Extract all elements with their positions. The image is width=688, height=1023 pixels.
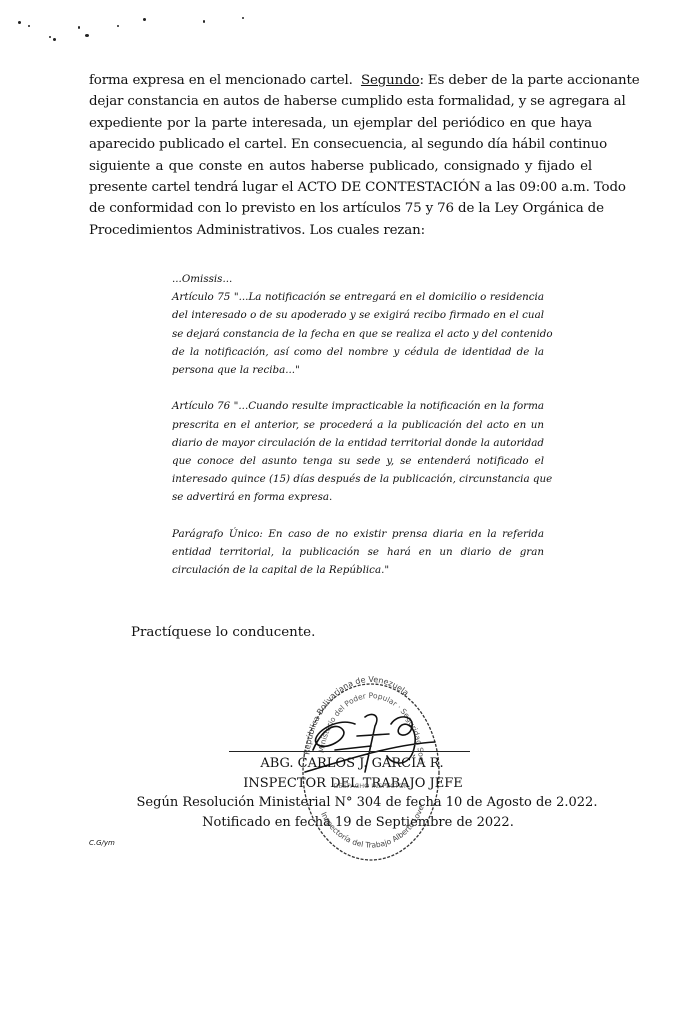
article-76-line: diario de mayor circulación de la entida… — [172, 434, 544, 452]
body-text: forma expresa en el mencionado cartel. — [89, 73, 361, 88]
scan-speck — [53, 38, 56, 41]
article-75-line: de la notificación, así como del nombre … — [172, 343, 544, 361]
body-line: dejar constancia en autos de haberse cum… — [89, 91, 592, 112]
spacer — [172, 506, 544, 524]
notification-date: Notificado en fecha 19 de Septiembre de … — [76, 813, 640, 833]
body-line: expediente por la parte interesada, un e… — [89, 113, 592, 134]
scan-speck — [242, 17, 244, 19]
body-line: siguiente a que conste en autos haberse … — [89, 156, 592, 177]
closing-text: Practíquese lo conducente. — [131, 625, 315, 640]
signatory-title: INSPECTOR DEL TRABAJO JEFE — [66, 774, 640, 794]
article-75-line: del interesado o de su apoderado y se ex… — [172, 306, 544, 324]
body-line: aparecido publicado el cartel. En consec… — [89, 134, 592, 155]
scan-speck — [18, 21, 21, 24]
article-75-line: se dejará constancia de la fecha en que … — [172, 325, 544, 343]
paragrafo-line: circulación de la capital de la Repúblic… — [172, 561, 544, 579]
resolution-text: Según Resolución Ministerial N° 304 de f… — [94, 793, 640, 813]
article-76-line: Artículo 76 "...Cuando resulte impractic… — [172, 397, 544, 415]
svg-text:República Bolivariana de Venez: República Bolivariana de Venezuela — [302, 675, 410, 755]
signature-block: ABG. CARLOS J. GARCÍA R. INSPECTOR DEL T… — [100, 754, 640, 832]
body-text: : Es deber de la parte accionante — [419, 73, 639, 88]
paragrafo-line: Parágrafo Único: En caso de no existir p… — [172, 525, 544, 543]
scan-speck — [143, 18, 146, 21]
scan-speck — [117, 25, 119, 27]
body-line: Procedimientos Administrativos. Los cual… — [89, 220, 592, 241]
scan-speck — [203, 20, 205, 23]
omissis-label: ...Omissis... — [172, 270, 544, 288]
svg-text:Ministerio del Poder Popular ·: Ministerio del Poder Popular · Seguridad… — [295, 672, 426, 763]
signature-line — [229, 751, 470, 752]
body-line: presente cartel tendrá lugar el ACTO DE … — [89, 177, 592, 198]
typist-initials: C.G/ym — [89, 839, 115, 847]
paragrafo-line: entidad territorial, la publicación se h… — [172, 543, 544, 561]
legal-quote: ...Omissis... Artículo 75 "...La notific… — [172, 270, 544, 579]
article-76-line: prescrita en el anterior, se procederá a… — [172, 416, 544, 434]
body-line: de conformidad con lo previsto en los ar… — [89, 198, 592, 219]
scan-speck — [28, 25, 30, 27]
scan-speck — [78, 26, 80, 29]
spacer — [172, 379, 544, 397]
article-76-line: interesado quince (15) días después de l… — [172, 470, 544, 488]
article-75-line: persona que la reciba..." — [172, 361, 544, 379]
scan-speck — [49, 36, 51, 38]
article-76-line: que conoce del asunto tenga su sede y, s… — [172, 452, 544, 470]
body-paragraph: forma expresa en el mencionado cartel. S… — [89, 70, 592, 241]
article-75-line: Artículo 75 "...La notificación se entre… — [172, 288, 544, 306]
article-76-line: se advertirá en forma expresa. — [172, 488, 544, 506]
body-line: forma expresa en el mencionado cartel. S… — [89, 70, 592, 91]
scan-speck — [85, 34, 89, 37]
segundo-underlined: Segundo — [361, 73, 420, 88]
signatory-name: ABG. CARLOS J. GARCÍA R. — [64, 754, 640, 774]
